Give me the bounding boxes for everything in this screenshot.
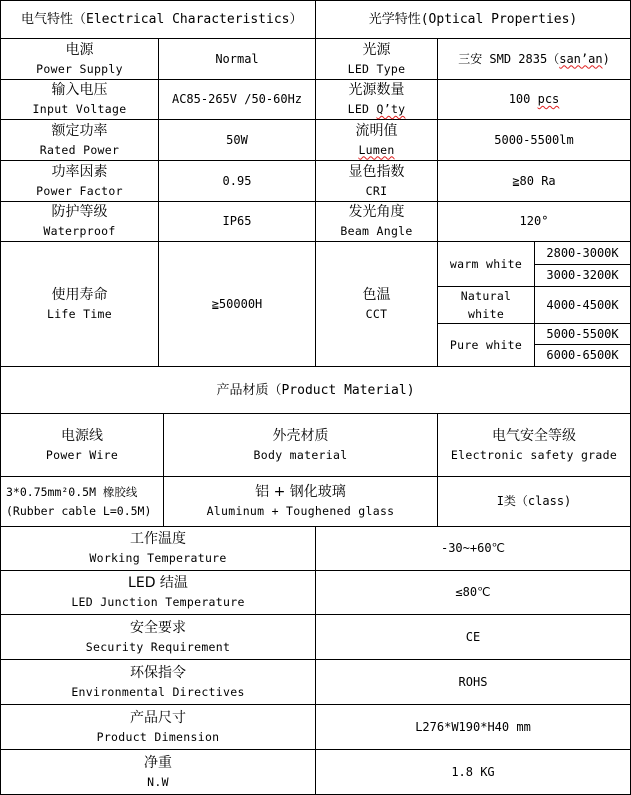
label-en: Waterproof: [43, 222, 115, 241]
label-zh: 输入电压: [52, 80, 108, 100]
spec-value-product-dimension: L276*W190*H40 mm: [316, 705, 630, 749]
value-line1: 铝 + 钢化玻璃: [255, 482, 346, 502]
electrical-value-life-time: ≧50000H: [159, 242, 315, 366]
electrical-label-input-voltage: 输入电压 Input Voltage: [1, 80, 158, 119]
label-en: LED Q’ty: [348, 100, 406, 119]
label-en: Life Time: [47, 305, 112, 324]
label-en: Power Factor: [36, 182, 123, 201]
label-zh: 功率因素: [52, 162, 108, 182]
material-value-safety-grade: I类（class): [438, 477, 630, 526]
label-en: Body material: [254, 446, 348, 465]
electrical-value-waterproof: IP65: [159, 202, 315, 241]
cct-range: 2800-3000K: [535, 242, 630, 264]
cct-range-text: 3000-3200K: [546, 266, 618, 285]
label-en: LED Junction Temperature: [71, 593, 244, 612]
cct-group-label: warm white: [450, 255, 522, 274]
electrical-value-power-factor: 0.95: [159, 161, 315, 201]
spellcheck-marked-text: san’an: [559, 52, 602, 66]
value-text: 0.95: [223, 172, 252, 191]
label-en: N.W: [147, 773, 169, 792]
spellcheck-marked-text: Q’ty: [377, 102, 406, 116]
spec-value-working-temperature: -30~+60℃: [316, 527, 630, 570]
value-line1: I类（class): [497, 492, 572, 511]
value-text: L276*W190*H40 mm: [415, 718, 531, 737]
optical-label-cct: 色温 CCT: [316, 242, 437, 366]
optical-section-header: 光学特性(Optical Properties): [316, 1, 630, 38]
label-en: Working Temperature: [89, 549, 226, 568]
material-header-safety-grade: 电气安全等级 Electronic safety grade: [438, 414, 630, 476]
value-prefix: 100: [509, 92, 538, 106]
value-text: 5000-5500lm: [494, 131, 573, 150]
cct-range-text: 2800-3000K: [546, 244, 618, 263]
label-en: Rated Power: [40, 141, 119, 160]
cct-range-text: 6000-6500K: [546, 346, 618, 365]
optical-label-lumen: 流明值 Lumen: [316, 120, 437, 160]
optical-value-lumen: 5000-5500lm: [438, 120, 630, 160]
value-text: -30~+60℃: [441, 539, 505, 558]
electrical-header-text: 电气特性（Electrical Characteristics）: [21, 10, 303, 29]
spec-label-working-temperature: 工作温度 Working Temperature: [1, 527, 315, 570]
label-en: Lumen: [358, 141, 394, 160]
spec-value-led-junction-temperature: ≤80℃: [316, 571, 630, 614]
optical-value-cri: ≧80 Ra: [438, 161, 630, 201]
value-text: ≤80℃: [455, 583, 490, 602]
label-zh: 显色指数: [349, 162, 405, 182]
label-zh: 发光角度: [349, 202, 405, 222]
value-text: ROHS: [459, 673, 488, 692]
value-text: AC85-265V /50-60Hz: [172, 90, 302, 109]
material-header-body-material: 外壳材质 Body material: [164, 414, 437, 476]
electrical-section-header: 电气特性（Electrical Characteristics）: [1, 1, 315, 38]
label-en: Environmental Directives: [71, 683, 244, 702]
cct-group-warm-white: warm white: [438, 242, 534, 286]
label-zh: 外壳材质: [273, 426, 329, 446]
optical-label-led-type: 光源 LED Type: [316, 39, 437, 79]
electrical-value-rated-power: 50W: [159, 120, 315, 160]
label-en: Input Voltage: [33, 100, 127, 119]
spec-label-environmental-directives: 环保指令 Environmental Directives: [1, 660, 315, 704]
electrical-value-input-voltage: AC85-265V /50-60Hz: [159, 80, 315, 119]
label-zh: 安全要求: [130, 618, 186, 638]
electrical-label-power-supply: 电源 Power Supply: [1, 39, 158, 79]
label-zh: 净重: [144, 753, 172, 773]
value-text: ≧50000H: [212, 295, 263, 314]
spec-value-environmental-directives: ROHS: [316, 660, 630, 704]
cct-group-label-line1: Natural: [461, 287, 512, 305]
value-text: 100 pcs: [509, 90, 560, 109]
label-zh: 流明值: [356, 121, 398, 141]
optical-label-led-qty: 光源数量 LED Q’ty: [316, 80, 437, 119]
material-value-power-wire: 3*0.75mm²0.5M 橡胶线 (Rubber cable L=0.5M): [1, 477, 163, 526]
value-line2: Aluminum + Toughened glass: [207, 502, 395, 521]
optical-label-beam-angle: 发光角度 Beam Angle: [316, 202, 437, 241]
material-value-body-material: 铝 + 钢化玻璃 Aluminum + Toughened glass: [164, 477, 437, 526]
label-en: Power Wire: [46, 446, 118, 465]
material-header-power-wire: 电源线 Power Wire: [1, 414, 163, 476]
value-text: 1.8 KG: [451, 763, 494, 782]
spellcheck-marked-text: pcs: [538, 92, 560, 106]
value-suffix: ): [603, 52, 610, 66]
label-en-prefix: LED: [348, 102, 377, 116]
label-zh: 光源数量: [349, 80, 405, 100]
electrical-label-power-factor: 功率因素 Power Factor: [1, 161, 158, 201]
cct-group-label-line2: white: [468, 305, 504, 323]
optical-value-led-type: 三安 SMD 2835（san’an): [438, 39, 630, 79]
label-zh: 光源: [363, 40, 391, 60]
cct-range-text: 5000-5500K: [546, 325, 618, 344]
spec-value-net-weight: 1.8 KG: [316, 750, 630, 794]
optical-value-led-qty: 100 pcs: [438, 80, 630, 119]
value-text: ≧80 Ra: [512, 172, 555, 191]
optical-header-text: 光学特性(Optical Properties): [369, 10, 578, 29]
spec-label-product-dimension: 产品尺寸 Product Dimension: [1, 705, 315, 749]
value-prefix: 三安 SMD 2835（: [458, 52, 559, 66]
material-section-header: 产品材质（Product Material): [1, 367, 630, 413]
electrical-value-power-supply: Normal: [159, 39, 315, 79]
spec-label-net-weight: 净重 N.W: [1, 750, 315, 794]
electrical-label-rated-power: 额定功率 Rated Power: [1, 120, 158, 160]
label-zh: 额定功率: [52, 121, 108, 141]
spec-value-security-requirement: CE: [316, 615, 630, 659]
label-en: CCT: [366, 305, 388, 324]
value-line1: 3*0.75mm²0.5M 橡胶线: [6, 483, 137, 502]
label-en: Beam Angle: [340, 222, 412, 241]
value-text: Normal: [215, 50, 258, 69]
label-zh: 电气安全等级: [492, 426, 576, 446]
label-zh: 环保指令: [130, 663, 186, 683]
cct-range: 5000-5500K: [535, 324, 630, 344]
electrical-label-waterproof: 防护等级 Waterproof: [1, 202, 158, 241]
label-zh: 电源线: [61, 426, 103, 446]
cct-range: 3000-3200K: [535, 265, 630, 286]
label-zh: LED 结温: [128, 573, 188, 593]
label-en: Power Supply: [36, 60, 123, 79]
value-text: 三安 SMD 2835（san’an): [458, 50, 610, 69]
optical-label-cri: 显色指数 CRI: [316, 161, 437, 201]
electrical-label-life-time: 使用寿命 Life Time: [1, 242, 158, 366]
cct-range-text: 4000-4500K: [546, 296, 618, 315]
value-line2: (Rubber cable L=0.5M): [6, 502, 151, 521]
value-text: CE: [466, 628, 480, 647]
cct-range: 4000-4500K: [535, 287, 630, 323]
label-zh: 使用寿命: [52, 285, 108, 305]
label-zh: 工作温度: [130, 529, 186, 549]
cct-group-label: Pure white: [450, 336, 522, 355]
value-text: IP65: [223, 212, 252, 231]
label-zh: 电源: [66, 40, 94, 60]
spec-label-security-requirement: 安全要求 Security Requirement: [1, 615, 315, 659]
value-text: 50W: [226, 131, 248, 150]
spec-label-led-junction-temperature: LED 结温 LED Junction Temperature: [1, 571, 315, 614]
cct-group-pure-white: Pure white: [438, 324, 534, 366]
label-zh: 色温: [363, 285, 391, 305]
label-en: Security Requirement: [86, 638, 230, 657]
material-header-text: 产品材质（Product Material): [216, 381, 414, 400]
label-en: Product Dimension: [97, 728, 220, 747]
label-en: LED Type: [348, 60, 406, 79]
value-text: 120°: [520, 212, 549, 231]
label-en: Electronic safety grade: [451, 446, 617, 465]
cct-group-natural-white: Natural white: [438, 287, 534, 323]
label-en: CRI: [366, 182, 388, 201]
label-zh: 防护等级: [52, 202, 108, 222]
cct-range: 6000-6500K: [535, 345, 630, 366]
optical-value-beam-angle: 120°: [438, 202, 630, 241]
label-zh: 产品尺寸: [130, 708, 186, 728]
